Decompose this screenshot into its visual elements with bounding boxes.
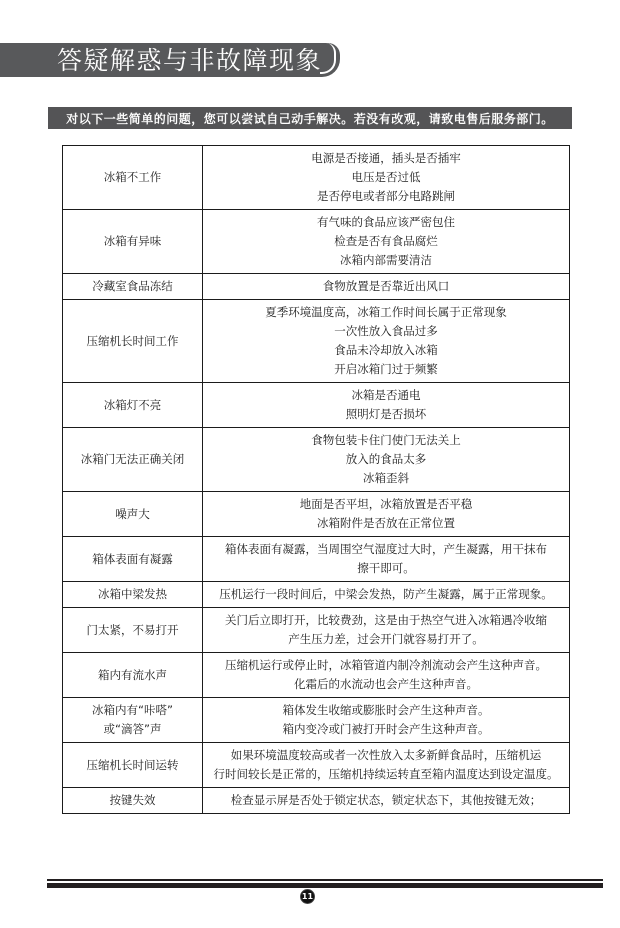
table-row: 箱体表面有凝露箱体表面有凝露，当周围空气湿度过大时，产生凝露，用干抹布擦干即可。 <box>63 537 570 582</box>
symptom-cell: 按键失效 <box>63 788 203 814</box>
solution-line: 关门后立即打开，比较费劲，这是由于热空气进入冰箱遇冷收缩 <box>207 611 565 630</box>
banner-curve-decoration <box>320 43 336 74</box>
solution-cell: 冰箱是否通电照明灯是否损坏 <box>203 383 570 428</box>
symptom-cell: 冷藏室食品冻结 <box>63 274 203 300</box>
solution-cell: 箱体表面有凝露，当周围空气湿度过大时，产生凝露，用干抹布擦干即可。 <box>203 537 570 582</box>
table-row: 压缩机长时间运转如果环境温度较高或者一次性放入太多新鲜食品时，压缩机运行时间较长… <box>63 743 570 788</box>
symptom-cell: 冰箱有异味 <box>63 210 203 274</box>
table-row: 箱内有流水声压缩机运行或停止时，冰箱管道内制冷剂流动会产生这种声音。化霜后的水流… <box>63 653 570 698</box>
solution-line: 箱体发生收缩或膨胀时会产生这种声音。 <box>207 701 565 720</box>
solution-cell: 压机运行一段时间后，中梁会发热，防产生凝露，属于正常现象。 <box>203 582 570 608</box>
solution-line: 夏季环境温度高，冰箱工作时间长属于正常现象 <box>207 303 565 322</box>
solution-line: 地面是否平坦，冰箱放置是否平稳 <box>207 495 565 514</box>
page-title: 答疑解惑与非故障现象 <box>57 43 322 77</box>
table-row: 冷藏室食品冻结食物放置是否靠近出风口 <box>63 274 570 300</box>
symptom-cell: 噪声大 <box>63 492 203 537</box>
solution-line: 如果环境温度较高或者一次性放入太多新鲜食品时，压缩机运 <box>207 746 565 765</box>
solution-cell: 食物放置是否靠近出风口 <box>203 274 570 300</box>
symptom-cell: 冰箱内有“咔嗒” 或“滴答”声 <box>63 698 203 743</box>
footer-rule-thin <box>47 879 603 881</box>
symptom-cell: 压缩机长时间运转 <box>63 743 203 788</box>
symptom-cell: 冰箱不工作 <box>63 146 203 210</box>
table-row: 噪声大地面是否平坦，冰箱放置是否平稳冰箱附件是否放在正常位置 <box>63 492 570 537</box>
table-row: 冰箱门无法正确关闭食物包装卡住门使门无法关上放入的食品太多冰箱歪斜 <box>63 428 570 492</box>
solution-line: 冰箱内部需要清洁 <box>207 251 565 270</box>
solution-line: 放入的食品太多 <box>207 450 565 469</box>
solution-cell: 有气味的食品应该严密包住检查是否有食品腐烂冰箱内部需要清洁 <box>203 210 570 274</box>
symptom-cell: 压缩机长时间工作 <box>63 300 203 383</box>
solution-cell: 夏季环境温度高，冰箱工作时间长属于正常现象一次性放入食品过多食品未冷却放入冰箱开… <box>203 300 570 383</box>
symptom-cell: 冰箱门无法正确关闭 <box>63 428 203 492</box>
solution-line: 电压是否过低 <box>207 168 565 187</box>
symptom-cell: 箱体表面有凝露 <box>63 537 203 582</box>
solution-line: 检查显示屏是否处于锁定状态，锁定状态下，其他按键无效； <box>207 791 565 810</box>
solution-cell: 检查显示屏是否处于锁定状态，锁定状态下，其他按键无效； <box>203 788 570 814</box>
solution-line: 箱体表面有凝露，当周围空气湿度过大时，产生凝露，用干抹布 <box>207 540 565 559</box>
table-row: 冰箱中梁发热压机运行一段时间后，中梁会发热，防产生凝露，属于正常现象。 <box>63 582 570 608</box>
solution-line: 一次性放入食品过多 <box>207 322 565 341</box>
symptom-cell: 冰箱灯不亮 <box>63 383 203 428</box>
solution-cell: 压缩机运行或停止时，冰箱管道内制冷剂流动会产生这种声音。化霜后的水流动也会产生这… <box>203 653 570 698</box>
solution-line: 冰箱是否通电 <box>207 386 565 405</box>
notice-text: 对以下一些简单的问题，您可以尝试自己动手解决。若没有改观，请致电售后服务部门。 <box>66 110 554 127</box>
solution-line: 冰箱附件是否放在正常位置 <box>207 514 565 533</box>
troubleshooting-table-body: 冰箱不工作电源是否接通，插头是否插牢电压是否过低是否停电或者部分电路跳闸冰箱有异… <box>63 146 570 814</box>
solution-line: 行时间较长是正常的，压缩机持续运转直至箱内温度达到设定温度。 <box>207 765 565 784</box>
solution-line: 压缩机运行或停止时，冰箱管道内制冷剂流动会产生这种声音。 <box>207 656 565 675</box>
solution-line: 照明灯是否损坏 <box>207 405 565 424</box>
solution-line: 有气味的食品应该严密包住 <box>207 213 565 232</box>
solution-line: 食物包装卡住门使门无法关上 <box>207 431 565 450</box>
table-row: 按键失效检查显示屏是否处于锁定状态，锁定状态下，其他按键无效； <box>63 788 570 814</box>
solution-line: 食品未冷却放入冰箱 <box>207 341 565 360</box>
solution-cell: 如果环境温度较高或者一次性放入太多新鲜食品时，压缩机运行时间较长是正常的，压缩机… <box>203 743 570 788</box>
solution-line: 冰箱歪斜 <box>207 469 565 488</box>
solution-line: 产生压力差，过会开门就容易打开了。 <box>207 630 565 649</box>
symptom-cell: 门太紧，不易打开 <box>63 608 203 653</box>
solution-line: 检查是否有食品腐烂 <box>207 232 565 251</box>
solution-cell: 箱体发生收缩或膨胀时会产生这种声音。箱内变冷或门被打开时会产生这种声音。 <box>203 698 570 743</box>
table-row: 冰箱有异味有气味的食品应该严密包住检查是否有食品腐烂冰箱内部需要清洁 <box>63 210 570 274</box>
table-row: 门太紧，不易打开关门后立即打开，比较费劲，这是由于热空气进入冰箱遇冷收缩产生压力… <box>63 608 570 653</box>
solution-line: 食物放置是否靠近出风口 <box>207 277 565 296</box>
solution-line: 开启冰箱门过于频繁 <box>207 360 565 379</box>
solution-line: 化霜后的水流动也会产生这种声音。 <box>207 675 565 694</box>
notice-bar: 对以下一些简单的问题，您可以尝试自己动手解决。若没有改观，请致电售后服务部门。 <box>48 107 572 129</box>
solution-line: 是否停电或者部分电路跳闸 <box>207 187 565 206</box>
table-row: 冰箱灯不亮冰箱是否通电照明灯是否损坏 <box>63 383 570 428</box>
solution-cell: 关门后立即打开，比较费劲，这是由于热空气进入冰箱遇冷收缩产生压力差，过会开门就容… <box>203 608 570 653</box>
solution-line: 电源是否接通，插头是否插牢 <box>207 149 565 168</box>
solution-line: 擦干即可。 <box>207 559 565 578</box>
footer-rule-thick <box>47 883 603 888</box>
solution-cell: 电源是否接通，插头是否插牢电压是否过低是否停电或者部分电路跳闸 <box>203 146 570 210</box>
manual-page: 答疑解惑与非故障现象 对以下一些简单的问题，您可以尝试自己动手解决。若没有改观，… <box>0 0 620 928</box>
table-row: 冰箱不工作电源是否接通，插头是否插牢电压是否过低是否停电或者部分电路跳闸 <box>63 146 570 210</box>
table-row: 冰箱内有“咔嗒” 或“滴答”声箱体发生收缩或膨胀时会产生这种声音。箱内变冷或门被… <box>63 698 570 743</box>
symptom-cell: 冰箱中梁发热 <box>63 582 203 608</box>
solution-line: 箱内变冷或门被打开时会产生这种声音。 <box>207 720 565 739</box>
troubleshooting-table: 冰箱不工作电源是否接通，插头是否插牢电压是否过低是否停电或者部分电路跳闸冰箱有异… <box>62 145 570 814</box>
symptom-cell: 箱内有流水声 <box>63 653 203 698</box>
solution-cell: 地面是否平坦，冰箱放置是否平稳冰箱附件是否放在正常位置 <box>203 492 570 537</box>
solution-line: 压机运行一段时间后，中梁会发热，防产生凝露，属于正常现象。 <box>207 585 565 604</box>
page-number-badge: 11 <box>300 889 315 904</box>
solution-cell: 食物包装卡住门使门无法关上放入的食品太多冰箱歪斜 <box>203 428 570 492</box>
table-row: 压缩机长时间工作夏季环境温度高，冰箱工作时间长属于正常现象一次性放入食品过多食品… <box>63 300 570 383</box>
section-title-banner: 答疑解惑与非故障现象 <box>0 43 340 77</box>
